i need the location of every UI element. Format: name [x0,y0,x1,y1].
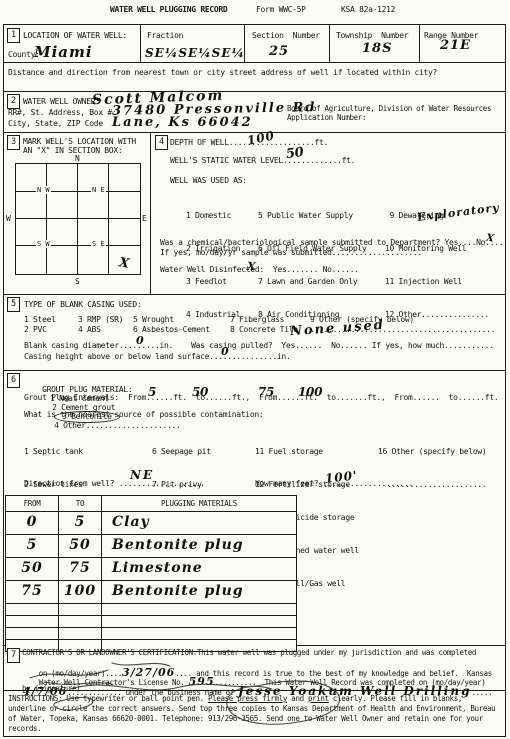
use-item: 11 Injection Well [385,276,489,287]
instructions-paragraph: INSTRUCTIONS: Use typewriter or ball poi… [8,694,502,734]
grid-line [16,191,140,192]
material-value: Limestone [112,560,203,576]
static-water-level-line: WELL'S STATIC WATER LEVEL.............ft… [170,156,355,165]
interval-from-2: 75 [258,385,274,399]
divider [3,62,506,63]
interval-to-1: 50 [192,385,208,399]
disinfected-line: Water Well Disinfected: Yes....... No...… [160,265,359,274]
sample-question: Was a chemical/bacteriological sample su… [160,238,503,247]
casing-option: 1 Steel [24,315,56,324]
disinfected-yes-x-mark: X [246,260,256,274]
table-empty-row [6,627,296,639]
divider [140,24,141,62]
section-number-label: Section Number [252,31,320,40]
casing-diameter-value: 0 [136,334,143,347]
static-level-value: 50 [285,145,304,162]
section4-number: 4 [155,135,168,150]
contamination-item: 1 Septic tank [24,446,132,457]
agency-line1: Board of Agriculture, Division of Water … [287,104,491,113]
direction-value: NE [130,468,154,482]
sample-date-line: If yes, mo/day/yr sample was submitted..… [160,248,422,257]
sample-no-x-mark: X [485,233,494,245]
section3-title-line1: MARK WELL'S LOCATION WITH [23,137,136,146]
casing-option: 7 Fiberglass [230,315,284,324]
grid-line [16,218,140,219]
compass-south-label: S [75,277,80,286]
divider [150,132,151,294]
section5-number: 5 [7,297,20,312]
divider [329,24,330,62]
contamination-column-4: 16 Other (specify below) ...............… [378,424,486,512]
address-label: RR#, St. Address, Box #: [8,108,116,117]
grid-se-label: S E [91,240,106,248]
contamination-item: 6 Seepage pit [152,446,229,457]
township-value: 18S [362,41,392,56]
from-value: 0 [27,514,38,530]
materials-header: PLUGGING MATERIALS [102,496,296,511]
page-title: WATER WELL PLUGGING RECORD [110,5,227,14]
township-label: Township Number [336,31,408,40]
material-value: Bentonite plug [112,583,244,599]
section3-title-line2: AN "X" IN SECTION BOX: [23,146,122,155]
plugging-table: FROM TO PLUGGING MATERIALS 0 5 Clay 5 50… [5,495,297,652]
use-item: 7 Lawn and Garden Only [258,276,366,287]
casing-height-line: Casing height above or below land surfac… [24,352,290,361]
county-value: Miami [34,43,93,61]
table-row: 75 100 Bentonite plug [6,580,296,603]
use-item: 5 Public Water Supply [258,210,366,221]
contamination-item: 16 Other (specify below) [378,446,486,457]
grid-line [108,164,109,274]
table-empty-row [6,603,296,615]
instructions-underlined: print [308,694,329,703]
section3-number: 3 [7,135,20,150]
casing-option: 4 ABS [78,325,101,334]
section2-number: 2 [7,94,20,109]
section-number-value: 25 [269,44,289,59]
direction-label: Direction from well? ................... [24,479,205,488]
from-header: FROM [6,496,59,511]
to-value: 100 [64,583,96,599]
table-row: 50 75 Limestone [6,557,296,580]
city-state-zip-label: City, State, ZIP Code : [8,119,116,128]
casing-option: 8 Concrete Tile [230,325,298,334]
casing-option: 6 Asbestos-Cement [133,325,210,334]
section1-title: LOCATION OF WATER WELL: [23,31,127,40]
table-header-row: FROM TO PLUGGING MATERIALS [6,496,296,511]
statute-number: KSA 82a-1212 [341,5,395,14]
well-used-as-label: WELL WAS USED AS: [170,176,247,185]
casing-option: 2 PVC [24,325,47,334]
casing-option: 3 RMP (SR) [78,315,123,324]
divider [3,91,506,92]
instructions-text: and [287,694,308,703]
instructions-text: INSTRUCTIONS: Use typewriter or ball poi… [8,694,208,703]
section1-number: 1 [7,28,20,43]
water-well-plugging-record-form: WATER WELL PLUGGING RECORD Form WWC-5P K… [0,0,510,739]
distance-question: Distance and direction from nearest town… [8,68,437,77]
instructions-underlined: Please press firmly [208,694,287,703]
grid-line [16,245,140,246]
table-row: 0 5 Clay [6,511,296,534]
grid-nw-label: N W [36,186,51,194]
owner-label: WATER WELL OWNER: [23,97,100,106]
certification-line1: CONTRACTOR'S OR LANDOWNER'S CERTIFICATIO… [22,648,476,657]
from-value: 75 [21,583,42,599]
divider [419,24,420,62]
casing-option: 5 Wrought [133,315,174,324]
grid-sw-label: S W [36,240,51,248]
form-number: Form WWC-5P [256,5,306,14]
contamination-question: What is the nearest source of possible c… [24,410,263,419]
section6-number: 6 [7,373,20,388]
compass-west-label: W [6,214,11,223]
table-empty-row [6,615,296,627]
use-item: 1 Domestic [186,210,240,221]
interval-to-2: 100 [298,385,322,399]
section5-title: TYPE OF BLANK CASING USED: [24,300,141,309]
intervals-label: Grout Plug Intervals: [24,393,119,402]
from-value: 50 [21,560,42,576]
compass-north-label: N [75,154,80,163]
use-item: 3 Feedlot [186,276,240,287]
material-value: Clay [112,514,150,530]
interval-from-1: 5 [148,385,156,399]
to-value: 75 [69,560,90,576]
grid-line [46,164,47,274]
divider [3,370,506,371]
contamination-item: 11 Fuel storage [255,446,359,457]
signature-line: by (signature) .........................… [22,684,459,693]
from-value: 5 [27,537,38,553]
table-row: 5 50 Bentonite plug [6,534,296,557]
to-value: 50 [69,537,90,553]
application-number-label: Application Number: [287,113,366,122]
fraction-value: SE¼SE¼SE¼ [145,46,245,60]
casing-height-value: 0 [221,345,228,358]
grid-line [77,164,78,274]
fraction-label: Fraction [147,31,183,40]
grid-ne-label: N E [91,186,106,194]
material-value: Bentonite plug [112,537,244,553]
section7-number: 7 [7,648,20,663]
casing-diameter-line: Blank casing diameter.........in. Was ca… [24,341,494,350]
to-header: TO [59,496,102,511]
city-state-zip-value: Lane, Ks 66042 [112,115,253,130]
to-value: 5 [75,514,86,530]
compass-east-label: E [142,214,147,223]
range-value: 21E [440,38,471,53]
